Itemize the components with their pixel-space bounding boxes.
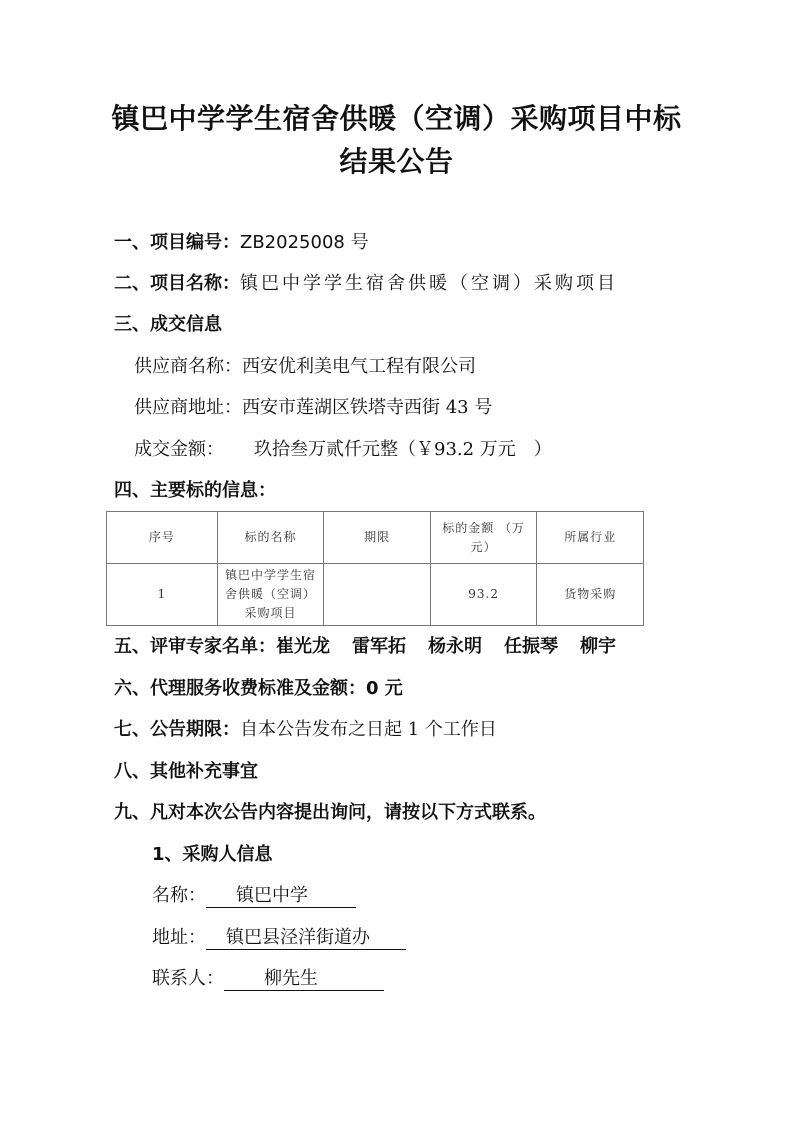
purchaser-contact-label: 联系人： bbox=[152, 968, 224, 989]
document-title-line-2: 结果公告 bbox=[0, 140, 793, 184]
table-header-row: 序号 标的名称 期限 标的金额 （万元） 所属行业 bbox=[107, 512, 644, 564]
supplier-address-label: 供应商地址： bbox=[134, 397, 242, 418]
expert-name: 崔光龙 bbox=[276, 636, 330, 657]
supplier-name-label: 供应商名称： bbox=[134, 356, 242, 377]
supplier-name-value: 西安优利美电气工程有限公司 bbox=[242, 356, 476, 377]
expert-name: 雷军拓 bbox=[352, 636, 406, 657]
deal-amount-label: 成交金额： bbox=[134, 437, 254, 463]
purchaser-address-row: 地址：镇巴县泾洋街道办 bbox=[152, 925, 406, 951]
header-cell-industry: 所属行业 bbox=[537, 512, 644, 564]
section-agency-fee: 六、代理服务收费标准及金额：0 元 bbox=[114, 676, 403, 702]
purchaser-address-value: 镇巴县泾洋街道办 bbox=[206, 927, 406, 950]
deal-amount-row: 成交金额：玖拾叁万贰仟元整（￥93.2 万元 ） bbox=[134, 437, 552, 463]
section-deal-info-heading: 三、成交信息 bbox=[114, 312, 222, 338]
purchaser-address-text: 镇巴县泾洋街道办 bbox=[206, 927, 370, 948]
header-cell-amount: 标的金额 （万元） bbox=[430, 512, 537, 564]
section-other-matters: 八、其他补充事宜 bbox=[114, 759, 258, 785]
section-contact-heading: 九、凡对本次公告内容提出询问，请按以下方式联系。 bbox=[114, 800, 546, 826]
expert-name: 任振琴 bbox=[504, 636, 558, 657]
cell-item-name: 镇巴中学学生宿舍供暖（空调）采购项目 bbox=[217, 564, 324, 626]
purchaser-address-label: 地址： bbox=[152, 927, 206, 948]
purchaser-contact-value: 柳先生 bbox=[224, 968, 384, 991]
project-name-value: 镇巴中学学生宿舍供暖（空调）采购项目 bbox=[240, 273, 618, 294]
header-cell-term: 期限 bbox=[324, 512, 431, 564]
expert-name: 杨永明 bbox=[428, 636, 482, 657]
supplier-name-row: 供应商名称：西安优利美电气工程有限公司 bbox=[134, 354, 476, 380]
supplier-address-value: 西安市莲湖区铁塔寺西街 43 号 bbox=[242, 397, 492, 418]
deal-amount-value: 玖拾叁万贰仟元整（￥93.2 万元 ） bbox=[254, 439, 552, 460]
section-announcement-period: 七、公告期限：自本公告发布之日起 1 个工作日 bbox=[114, 717, 497, 743]
purchaser-info-heading: 1、采购人信息 bbox=[152, 842, 273, 868]
project-number-value: ZB2025008 号 bbox=[240, 232, 369, 253]
announcement-period-value: 自本公告发布之日起 1 个工作日 bbox=[240, 719, 497, 740]
purchaser-contact-row: 联系人：柳先生 bbox=[152, 966, 384, 992]
cell-index: 1 bbox=[107, 564, 218, 626]
purchaser-name-text: 镇巴中学 bbox=[206, 885, 308, 906]
section-main-items-heading: 四、主要标的信息： bbox=[114, 478, 276, 504]
main-items-table: 序号 标的名称 期限 标的金额 （万元） 所属行业 1 镇巴中学学生宿舍供暖（空… bbox=[106, 511, 644, 626]
section-project-number: 一、项目编号：ZB2025008 号 bbox=[114, 230, 369, 256]
supplier-address-row: 供应商地址：西安市莲湖区铁塔寺西街 43 号 bbox=[134, 395, 492, 421]
header-cell-index: 序号 bbox=[107, 512, 218, 564]
document-title-line-1: 镇巴中学学生宿舍供暖（空调）采购项目中标 bbox=[0, 97, 793, 141]
cell-term bbox=[324, 564, 431, 626]
header-cell-item-name: 标的名称 bbox=[217, 512, 324, 564]
purchaser-contact-text: 柳先生 bbox=[224, 968, 318, 989]
agency-fee-value: 0 元 bbox=[366, 678, 403, 699]
expert-name: 柳宇 bbox=[580, 636, 616, 657]
section-experts: 五、评审专家名单：崔光龙雷军拓杨永明任振琴柳宇 bbox=[114, 634, 616, 660]
announcement-period-label: 七、公告期限： bbox=[114, 719, 240, 740]
cell-industry: 货物采购 bbox=[537, 564, 644, 626]
project-name-label: 二、项目名称： bbox=[114, 273, 240, 294]
section-project-name: 二、项目名称：镇巴中学学生宿舍供暖（空调）采购项目 bbox=[114, 271, 618, 297]
project-number-label: 一、项目编号： bbox=[114, 232, 240, 253]
purchaser-name-label: 名称： bbox=[152, 885, 206, 906]
purchaser-name-row: 名称：镇巴中学 bbox=[152, 883, 356, 909]
agency-fee-label: 六、代理服务收费标准及金额： bbox=[114, 678, 366, 699]
experts-label: 五、评审专家名单： bbox=[114, 636, 276, 657]
purchaser-name-value: 镇巴中学 bbox=[206, 885, 356, 908]
table-row: 1 镇巴中学学生宿舍供暖（空调）采购项目 93.2 货物采购 bbox=[107, 564, 644, 626]
cell-amount: 93.2 bbox=[430, 564, 537, 626]
